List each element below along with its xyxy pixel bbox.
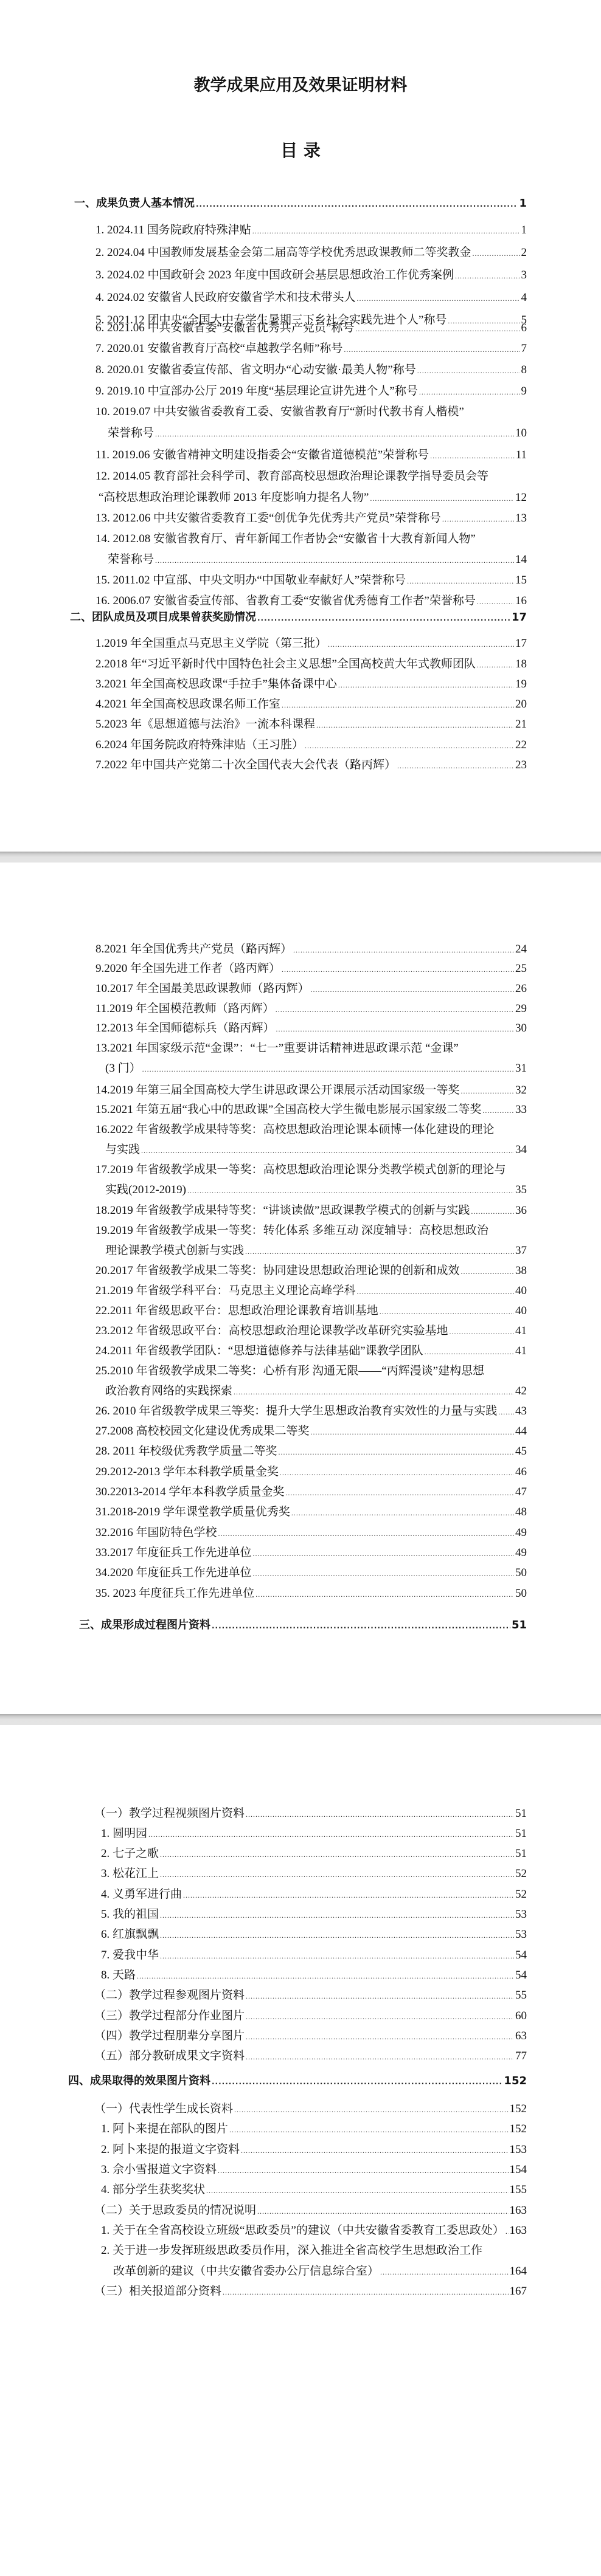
toc-section-4[interactable]: 四、成果取得的效果图片资料152 bbox=[68, 2073, 527, 2089]
leader-dots bbox=[505, 2223, 509, 2239]
leader-dots bbox=[218, 2163, 508, 2178]
toc-subsection[interactable]: （二）教学过程参观图片资料55 bbox=[94, 1988, 527, 2003]
leader-dots bbox=[160, 1867, 514, 1882]
toc-entry[interactable]: 7. 爱我中华54 bbox=[101, 1947, 527, 1963]
toc-entry[interactable]: 7.2022 年中国共产党第二十次全国代表大会代表（路丙辉）23 bbox=[96, 757, 527, 773]
toc-entry[interactable]: 10.2017 年全国最美思政课教师（路丙辉）26 bbox=[96, 981, 527, 997]
leader-dots bbox=[141, 1143, 514, 1159]
leader-dots bbox=[142, 1061, 514, 1077]
toc-entry[interactable]: 6. 红旗飘飘53 bbox=[101, 1927, 527, 1943]
toc-entry[interactable]: 9. 2019.10 中宣部办公厅 2019 年度“基层理论宣讲先进个人”称号9 bbox=[96, 384, 527, 399]
leader-dots bbox=[160, 1927, 514, 1943]
leader-dots bbox=[316, 717, 514, 733]
leader-dots bbox=[229, 2122, 508, 2138]
leader-dots bbox=[257, 2203, 508, 2219]
toc-entry[interactable]: 5. 我的祖国53 bbox=[101, 1907, 527, 1923]
leader-dots bbox=[419, 384, 520, 400]
leader-dots bbox=[223, 2284, 508, 2300]
leader-dots bbox=[246, 2009, 514, 2025]
leader-dots bbox=[246, 2049, 514, 2065]
toc-entry-line1[interactable]: 12. 2014.05 教育部社会科学司、教育部高校思想政治理论课教学指导委员会… bbox=[96, 469, 527, 484]
toc-entry[interactable]: 2. 2024.04 中国教师发展基金会第二届高等学校优秀思政课教师二等奖教金2 bbox=[96, 245, 527, 261]
toc-heading: 目 录 bbox=[0, 137, 601, 162]
toc-entry[interactable]: 31.2018-2019 学年课堂教学质量优秀奖48 bbox=[96, 1504, 527, 1520]
leader-dots bbox=[187, 1183, 514, 1199]
leader-dots bbox=[196, 196, 518, 212]
leader-dots bbox=[482, 1103, 514, 1118]
leader-dots bbox=[212, 1618, 510, 1634]
leader-dots bbox=[160, 1847, 514, 1862]
toc-entry[interactable]: 20.2017 年省级教学成果二等奖：协同建设思想政治理论课的创新和成效38 bbox=[96, 1263, 527, 1279]
toc-entry-line1[interactable]: 17.2019 年省级教学成果一等奖：高校思想政治理论课分类教学模式创新的理论与 bbox=[96, 1162, 527, 1178]
leader-dots bbox=[280, 1465, 514, 1481]
leader-dots bbox=[293, 942, 514, 958]
leader-dots bbox=[461, 1083, 514, 1099]
leader-dots bbox=[246, 2029, 514, 2045]
toc-entry[interactable]: 13. 2012.06 中共安徽省委教育工委“创优争先优秀共产党员”荣誉称号13 bbox=[96, 511, 527, 526]
leader-dots bbox=[338, 677, 514, 693]
toc-entry[interactable]: 3. 佘小雪报道文字资料154 bbox=[101, 2162, 527, 2178]
leader-dots bbox=[477, 594, 514, 610]
toc-entry[interactable]: 7. 2020.01 安徽省教育厅高校“卓越教学名师”称号7 bbox=[96, 341, 527, 357]
toc-entry[interactable]: 4. 2024.02 安徽省人民政府安徽省学术和技术带头人4 bbox=[96, 290, 527, 306]
toc-entry[interactable]: 12.2013 年全国师德标兵（路丙辉）30 bbox=[96, 1021, 527, 1036]
toc-entry[interactable]: 1. 阿卜来提在部队的图片152 bbox=[101, 2121, 527, 2137]
leader-dots bbox=[155, 553, 514, 568]
toc-entry[interactable]: 11.2019 年全国模范教师（路丙辉）29 bbox=[96, 1001, 527, 1017]
toc-entry[interactable]: 1. 2024.11 国务院政府特殊津贴1 bbox=[96, 222, 527, 238]
toc-entry[interactable]: 28. 2011 年校级优秀教学质量二等奖45 bbox=[96, 1444, 527, 1459]
leader-dots bbox=[380, 2264, 508, 2280]
toc-subsection[interactable]: （一）教学过程视频图片资料51 bbox=[94, 1806, 527, 1822]
leader-dots bbox=[477, 657, 514, 673]
leader-dots bbox=[282, 962, 514, 977]
leader-dots bbox=[430, 448, 515, 464]
leader-dots bbox=[160, 1948, 514, 1964]
leader-dots bbox=[417, 363, 520, 379]
leader-dots bbox=[498, 1404, 514, 1420]
leader-dots bbox=[279, 1444, 514, 1460]
leader-dots bbox=[305, 738, 514, 754]
leader-dots bbox=[276, 1002, 514, 1018]
leader-dots bbox=[455, 268, 519, 284]
toc-entry[interactable]: 3. 2024.02 中国政研会 2023 年度中国政研会基层思想政治工作优秀案… bbox=[96, 267, 527, 283]
toc-entry[interactable]: 16. 2006.07 安徽省委宣传部、省教育工委“安徽省优秀德育工作者”荣誉称… bbox=[96, 593, 527, 609]
leader-dots bbox=[282, 697, 514, 713]
toc-entry-cont[interactable]: 政治教育网络的实践探索42 bbox=[105, 1383, 527, 1399]
leader-dots bbox=[473, 246, 520, 261]
leader-dots bbox=[355, 321, 519, 337]
leader-dots bbox=[245, 1244, 514, 1259]
toc-entry[interactable]: 23.2012 年省级思政平台：高校思想政治理论课教学改革研究实验基地41 bbox=[96, 1323, 527, 1339]
leader-dots bbox=[206, 2183, 508, 2199]
toc-entry-line1[interactable]: 25.2010 年省级教学成果二等奖：心桥有形 沟通无限——“丙辉漫谈”建构思想 bbox=[96, 1363, 527, 1379]
toc-entry-cont[interactable]: 荣誉称号10 bbox=[108, 425, 527, 441]
toc-entry-cont[interactable]: 理论课教学模式创新与实践37 bbox=[105, 1243, 527, 1259]
toc-entry[interactable]: 1. 关于在全省高校设立班级“思政委员”的建议（中共安徽省委教育工委思政处）16… bbox=[101, 2223, 527, 2239]
page-gap bbox=[0, 852, 601, 863]
leader-dots bbox=[253, 1566, 514, 1582]
toc-entry[interactable]: 8. 2020.01 安徽省委宣传部、省文明办“心动安徽·最美人物”称号8 bbox=[96, 362, 527, 378]
toc-entry[interactable]: 35. 2023 年度征兵工作先进单位50 bbox=[96, 1586, 527, 1602]
page-gap bbox=[0, 1714, 601, 1725]
toc-entry[interactable]: 8.2021 年全国优秀共产党员（路丙辉）24 bbox=[96, 942, 527, 957]
leader-dots bbox=[137, 1968, 514, 1984]
leader-dots bbox=[311, 1424, 514, 1440]
leader-dots bbox=[246, 1988, 514, 2004]
leader-dots bbox=[461, 1264, 514, 1279]
leader-dots bbox=[450, 1324, 514, 1340]
toc-entry[interactable]: 2.2018 年“习近平新时代中国特色社会主义思想”全国高校黄大年式教师团队18 bbox=[96, 656, 527, 672]
leader-dots bbox=[218, 1526, 514, 1541]
leader-dots bbox=[291, 1505, 514, 1521]
toc-entry-cont[interactable]: 与实践34 bbox=[105, 1142, 527, 1158]
toc-section-2[interactable]: 二、团队成员及项目成果曾获奖励情况17 bbox=[70, 610, 527, 625]
document-page-1: 教学成果应用及效果证明材料 目 录 一、成果负责人基本情况1 1. 2024.1… bbox=[0, 0, 601, 852]
toc-entry[interactable]: 5.2023 年《思想道德与法治》一流本科课程21 bbox=[96, 717, 527, 732]
toc-entry[interactable]: 1.2019 年全国重点马克思主义学院（第三批）17 bbox=[96, 636, 527, 652]
toc-entry-line1[interactable]: 10. 2019.07 中共安徽省委教育工委、安徽省教育厅“新时代教书育人楷模” bbox=[96, 404, 527, 420]
toc-entry[interactable]: 15.2021 年第五届“我心中的思政课”全国高校大学生微电影展示国家级二等奖3… bbox=[96, 1102, 527, 1118]
leader-dots bbox=[285, 1485, 514, 1501]
leader-dots bbox=[234, 2102, 508, 2118]
leader-dots bbox=[148, 1827, 514, 1842]
toc-entry[interactable]: 21.2019 年省级学科平台：马克思主义理论高峰学科40 bbox=[96, 1283, 527, 1299]
leader-dots bbox=[397, 758, 514, 774]
toc-entry-line1[interactable]: 13.2021 年国家级示范“金课”：“七一”重要讲话精神进思政课示范 “金课” bbox=[96, 1041, 527, 1056]
toc-entry-line1[interactable]: 16.2022 年省级教学成果特等奖：高校思想政治理论课本硕博一体化建设的理论 bbox=[96, 1122, 527, 1138]
toc-entry[interactable]: 15. 2011.02 中宣部、中央文明办“中国敬业奉献好人”荣誉称号15 bbox=[96, 573, 527, 588]
leader-dots bbox=[357, 1284, 514, 1300]
toc-entry[interactable]: 18.2019 年省级教学成果特等奖：“讲谈读做”思政课教学模式的创新与实践36 bbox=[96, 1203, 527, 1219]
toc-entry[interactable]: 32.2016 年国防特色学校49 bbox=[96, 1525, 527, 1541]
toc-entry-line1[interactable]: 19.2019 年省级教学成果一等奖：转化体系 多维互动 深度辅导：高校思想政治 bbox=[96, 1223, 527, 1239]
toc-entry[interactable]: 1. 圆明园51 bbox=[101, 1826, 527, 1842]
leader-dots bbox=[155, 426, 514, 442]
leader-dots bbox=[471, 1204, 514, 1219]
leader-dots bbox=[311, 982, 514, 997]
leader-dots bbox=[212, 2074, 502, 2090]
toc-entry[interactable]: 8. 天路54 bbox=[101, 1968, 527, 1983]
leader-dots bbox=[241, 2143, 508, 2158]
leader-dots bbox=[344, 342, 519, 357]
toc-entry[interactable]: 6. 2021.06 中共安徽省委“安徽省优秀共产党员”称号6 bbox=[96, 320, 527, 336]
document-page-3: （一）教学过程视频图片资料51 1. 圆明园51 2. 七子之歌51 3. 松花… bbox=[0, 1725, 601, 2576]
toc-entry[interactable]: 4.2021 年全国高校思政课名师工作室20 bbox=[96, 697, 527, 712]
leader-dots bbox=[257, 610, 510, 626]
toc-subsection[interactable]: （四）教学过程朋辈分享图片63 bbox=[94, 2028, 527, 2044]
leader-dots bbox=[442, 511, 514, 527]
toc-entry-cont[interactable]: 改革创新的建议（中共安徽省委办公厅信息综合室）164 bbox=[113, 2264, 527, 2279]
leader-dots bbox=[234, 1384, 514, 1400]
toc-subsection[interactable]: （一）代表性学生成长资料152 bbox=[94, 2101, 527, 2117]
leader-dots bbox=[276, 1021, 514, 1037]
document-page-2: 8.2021 年全国优秀共产党员（路丙辉）24 9.2020 年全国先进工作者（… bbox=[0, 863, 601, 1714]
leader-dots bbox=[160, 1907, 514, 1923]
toc-subsection[interactable]: （三）教学过程部分作业图片60 bbox=[94, 2008, 527, 2024]
leader-dots bbox=[425, 1344, 514, 1360]
toc-entry-cont[interactable]: (3 门）31 bbox=[105, 1061, 527, 1076]
toc-entry[interactable]: 34.2020 年度征兵工作先进单位50 bbox=[96, 1565, 527, 1581]
toc-entry[interactable]: 2. 七子之歌51 bbox=[101, 1846, 527, 1862]
leader-dots bbox=[252, 223, 520, 239]
leader-dots bbox=[407, 573, 514, 589]
leader-dots bbox=[370, 491, 514, 506]
toc-entry-cont[interactable]: 实践(2012-2019)35 bbox=[105, 1182, 527, 1198]
leader-dots bbox=[255, 1586, 514, 1602]
toc-entry[interactable]: 30.22013-2014 学年本科教学质量金奖47 bbox=[96, 1484, 527, 1500]
toc-entry[interactable]: 4. 义勇军进行曲52 bbox=[101, 1887, 527, 1903]
toc-entry[interactable]: 22.2011 年省级思政平台：思想政治理论课教育培训基地40 bbox=[96, 1303, 527, 1319]
document-title: 教学成果应用及效果证明材料 bbox=[0, 72, 601, 95]
toc-entry[interactable]: 27.2008 高校校园文化建设优秀成果二等奖44 bbox=[96, 1424, 527, 1439]
toc-entry[interactable]: 3.2021 年全国高校思政课“手拉手”集体备课中心19 bbox=[96, 677, 527, 692]
leader-dots bbox=[183, 1887, 514, 1903]
toc-entry[interactable]: 9.2020 年全国先进工作者（路丙辉）25 bbox=[96, 961, 527, 977]
toc-section-3[interactable]: 三、成果形成过程图片资料51 bbox=[79, 1617, 527, 1633]
toc-subsection[interactable]: （三）相关报道部分资料167 bbox=[94, 2284, 527, 2299]
leader-dots bbox=[246, 1806, 514, 1822]
toc-entry[interactable]: 26. 2010 年省级教学成果三等奖：提升大学生思想政治教育实效性的力量与实践… bbox=[96, 1403, 527, 1419]
toc-entry-line1[interactable]: 2. 关于进一步发挥班级思政委员作用，深入推进全省高校学生思想政治工作 bbox=[101, 2243, 527, 2259]
toc-entry[interactable]: 4. 部分学生获奖奖状155 bbox=[101, 2182, 527, 2198]
toc-entry[interactable]: 29.2012-2013 学年本科教学质量金奖46 bbox=[96, 1464, 527, 1480]
toc-subsection[interactable]: （二）关于思政委员的情况说明163 bbox=[94, 2203, 527, 2219]
leader-dots bbox=[380, 1304, 514, 1320]
leader-dots bbox=[328, 636, 514, 652]
toc-entry[interactable]: 6.2024 年国务院政府特殊津贴（王习胜）22 bbox=[96, 737, 527, 753]
toc-subsection[interactable]: （五）部分教研成果文字资料77 bbox=[94, 2048, 527, 2064]
toc-entry[interactable]: 3. 松花江上52 bbox=[101, 1866, 527, 1882]
toc-entry[interactable]: 33.2017 年度征兵工作先进单位49 bbox=[96, 1545, 527, 1561]
toc-section-1[interactable]: 一、成果负责人基本情况1 bbox=[74, 196, 527, 212]
toc-entry-line1[interactable]: 14. 2012.08 安徽省教育厅、青年新闻工作者协会“安徽省十大教育新闻人物… bbox=[96, 531, 527, 547]
toc-entry[interactable]: 2. 阿卜来提的报道文字资料153 bbox=[101, 2142, 527, 2158]
toc-entry-cont[interactable]: “高校思想政治理论课教师 2013 年度影响力提名人物”12 bbox=[99, 490, 527, 506]
toc-entry[interactable]: 11. 2019.06 安徽省精神文明建设指委会“安徽省道德模范”荣誉称号11 bbox=[96, 447, 527, 463]
toc-entry[interactable]: 14.2019 年第三届全国高校大学生讲思政课公开课展示活动国家级一等奖32 bbox=[96, 1083, 527, 1098]
leader-dots bbox=[253, 1546, 514, 1562]
toc-entry-cont[interactable]: 荣誉称号14 bbox=[108, 552, 527, 568]
leader-dots bbox=[357, 291, 520, 306]
toc-entry[interactable]: 24.2011 年省级教学团队：“思想道德修养与法律基础”课教学团队41 bbox=[96, 1343, 527, 1359]
